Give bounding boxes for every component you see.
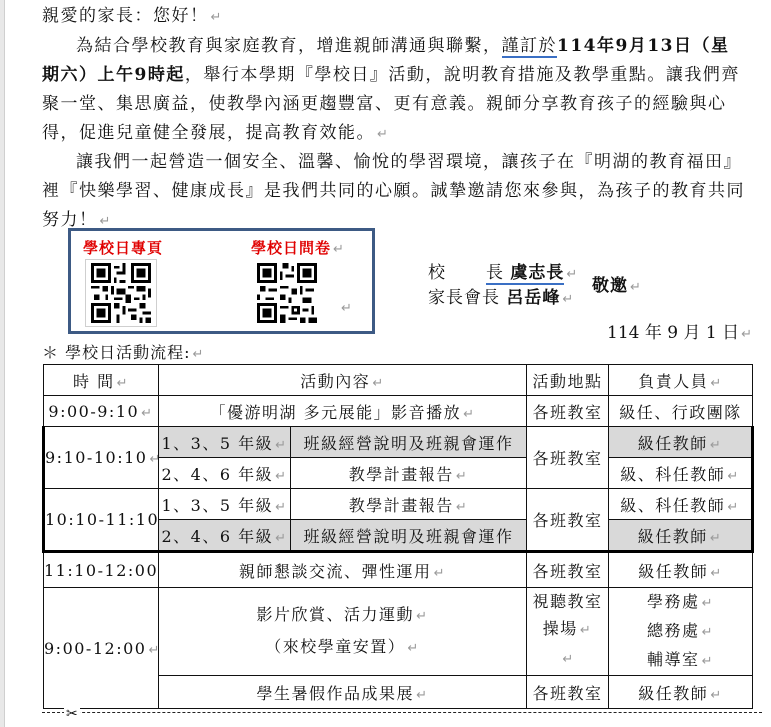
qr-code-box: 學校日專頁 學校日問卷↵	[68, 228, 375, 334]
table-row: 9:00-9:10↵ 「優游明湖 多元展能」影音播放↵ 各班教室 級任、行政團隊	[44, 396, 753, 427]
letter-date: 114 年 9 月 1 日↵	[607, 318, 752, 343]
qr-label-homepage: 學校日專頁	[83, 237, 163, 258]
header-staff: 負責人員↵	[609, 365, 753, 396]
closing-invite: 敬邀↵	[592, 271, 642, 296]
scissors-icon: ✂	[64, 706, 80, 722]
qr-code-homepage[interactable]	[85, 259, 157, 327]
paragraph-1-line-4: 得，促進兒童健全發展，提高教育效能。↵	[42, 119, 750, 149]
header-time: 時 間↵	[44, 365, 159, 396]
paragraph-2-line-2: 裡『快樂學習、健康成長』是我們共同的心願。誠摯邀請您來參與，為孩子的教育共同	[42, 177, 750, 206]
paragraph-1-line-2: 期六）上午9時起，舉行本學期『學校日』活動，說明教育措施及教學重點。讓我們齊	[42, 61, 750, 90]
table-row: 9:00-12:00↵ 影片欣賞、活力運動↵ （來校學童安置）↵ 視聽教室 操場…	[44, 588, 753, 676]
paragraph-1-line-3: 聚一堂、集思廣益，使教學內涵更趨豐富、更有意義。親師分享教育孩子的經驗與心	[42, 90, 750, 119]
cut-line	[42, 712, 762, 713]
greeting: 親愛的家長：您好！↵	[42, 2, 750, 32]
page-edge	[0, 0, 5, 727]
qr-code-survey[interactable]	[257, 261, 321, 321]
paragraph-mark: ↵	[341, 301, 352, 316]
header-content: 活動內容↵	[159, 365, 527, 396]
header-place: 活動地點	[527, 365, 609, 396]
table-row: 11:10-12:00 親師懇談交流、彈性運用↵ 各班教室 級任教師↵	[44, 552, 753, 588]
principal-line: 校長 虞志長↵	[428, 258, 578, 283]
table-row: 10:10-11:10 1、3、5 年級↵ 教學計畫報告↵ 各班教室 級、科任教…	[44, 489, 753, 520]
schedule-title: ＊ 學校日活動流程:↵	[42, 340, 204, 363]
parent-chair-line: 家長會長 呂岳峰↵	[428, 283, 574, 308]
table-row: 9:10-10:10↵ 1、3、5 年級↵ 班級經營說明及班親會運作 各班教室 …	[44, 427, 753, 458]
qr-label-survey: 學校日問卷↵	[251, 237, 345, 258]
schedule-table: 時 間↵ 活動內容↵ 活動地點 負責人員↵ 9:00-9:10↵ 「優游明湖 多…	[42, 364, 754, 709]
paragraph-2-line-1: 讓我們一起營造一個安全、溫馨、愉悅的學習環境，讓孩子在『明湖的教育福田』	[42, 148, 750, 177]
table-header-row: 時 間↵ 活動內容↵ 活動地點 負責人員↵	[44, 365, 753, 396]
paragraph-1-line-1: 為結合學校教育與家庭教育，增進親師溝通與聯繫，謹訂於114年9月13日（星	[42, 32, 750, 61]
